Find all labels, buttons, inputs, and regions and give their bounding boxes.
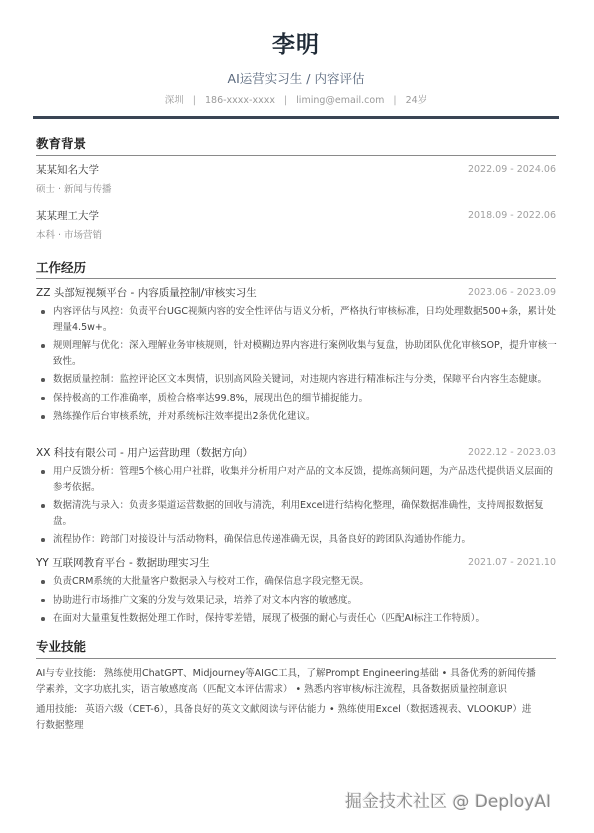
- skill-item: 通用技能:英语六级（CET-6），具备良好的英文文献阅读与评估能力 • 熟练使用…: [36, 702, 536, 734]
- list-item: 协助进行市场推广文案的分发与效果记录，培养了对文本内容的敏感度。: [53, 593, 558, 609]
- job-title: AI运营实习生 / 内容评估: [33, 70, 559, 88]
- list-item: 熟练操作后台审核系统，并对系统标注效率提出2条优化建议。: [53, 409, 558, 425]
- education-detail: 本科 · 市场营销: [36, 229, 102, 243]
- education-item: 某某知名大学 2022.09 - 2024.06: [36, 162, 556, 178]
- list-item: 流程协作：跨部门对接设计与活动物料，确保信息传递准确无误，具备良好的跨团队沟通协…: [53, 532, 558, 548]
- skill-text: 熟练使用ChatGPT、Midjourney等AIGC工具，了解Prompt E…: [36, 668, 536, 695]
- separator: |: [393, 95, 396, 106]
- experience-bullets: 内容评估与风控：负责平台UGC视频内容的安全性评估与语义分析，严格执行审核标准，…: [36, 304, 558, 428]
- list-item: 用户反馈分析：管理5个核心用户社群，收集并分析用户对产品的文本反馈，提炼高频问题…: [53, 464, 558, 495]
- separator: |: [284, 95, 287, 106]
- experience-date: 2022.12 - 2023.03: [468, 445, 556, 461]
- experience-heading: XX 科技有限公司 - 用户运营助理（数据方向） 2022.12 - 2023.…: [36, 445, 556, 461]
- list-item: 规则理解与优化：深入理解业务审核规则，针对模糊边界内容进行案例收集与复盘，协助团…: [53, 338, 558, 369]
- education-detail: 硕士 · 新闻与传播: [36, 183, 112, 197]
- experience-heading: YY 互联网教育平台 - 数据助理实习生 2021.07 - 2021.10: [36, 555, 556, 571]
- list-item: 负责CRM系统的大批量客户数据录入与校对工作，确保信息字段完整无误。: [53, 574, 558, 590]
- experience-date: 2021.07 - 2021.10: [468, 555, 556, 571]
- experience-date: 2023.06 - 2023.09: [468, 285, 556, 301]
- section-divider: [36, 155, 556, 156]
- skill-label: 通用技能:: [36, 704, 77, 715]
- education-date: 2022.09 - 2024.06: [468, 162, 556, 178]
- skill-item: AI与专业技能:熟练使用ChatGPT、Midjourney等AIGC工具，了解…: [36, 666, 536, 698]
- header-divider: [33, 116, 559, 119]
- skill-label: AI与专业技能:: [36, 668, 96, 679]
- experience-title: ZZ 头部短视频平台 - 内容质量控制/审核实习生: [36, 287, 257, 299]
- experience-bullets: 用户反馈分析：管理5个核心用户社群，收集并分析用户对产品的文本反馈，提炼高频问题…: [36, 464, 558, 551]
- list-item: 保持极高的工作准确率，质检合格率达99.8%，展现出色的细节捕捉能力。: [53, 391, 558, 407]
- section-divider: [36, 278, 556, 279]
- contact-phone: 186-xxxx-xxxx: [205, 95, 275, 106]
- list-item: 数据质量控制：监控评论区文本舆情，识别高风险关键词，对违规内容进行精准标注与分类…: [53, 372, 558, 388]
- section-title-education: 教育背景: [36, 135, 86, 153]
- contact-age: 24岁: [406, 95, 428, 106]
- list-item: 在面对大量重复性数据处理工作时，保持零差错，展现了极强的耐心与责任心（匹配AI标…: [53, 611, 558, 627]
- skills-list: AI与专业技能:熟练使用ChatGPT、Midjourney等AIGC工具，了解…: [36, 666, 536, 738]
- experience-title: YY 互联网教育平台 - 数据助理实习生: [36, 557, 210, 569]
- contact-line: 深圳|186-xxxx-xxxx|liming@email.com|24岁: [33, 93, 559, 109]
- skill-text: 英语六级（CET-6），具备良好的英文文献阅读与评估能力 • 熟练使用Excel…: [36, 704, 531, 731]
- contact-city: 深圳: [165, 95, 184, 106]
- candidate-name: 李明: [33, 30, 559, 60]
- watermark: 掘金技术社区 @ DeployAI: [345, 790, 551, 814]
- experience-title: XX 科技有限公司 - 用户运营助理（数据方向）: [36, 447, 253, 459]
- experience-heading: ZZ 头部短视频平台 - 内容质量控制/审核实习生 2023.06 - 2023…: [36, 285, 556, 301]
- section-divider: [36, 658, 556, 659]
- separator: |: [193, 95, 196, 106]
- school-name: 某某知名大学: [36, 164, 99, 176]
- experience-bullets: 负责CRM系统的大批量客户数据录入与校对工作，确保信息字段完整无误。 协助进行市…: [36, 574, 558, 630]
- list-item: 数据清洗与录入：负责多渠道运营数据的回收与清洗，利用Excel进行结构化整理，确…: [53, 498, 558, 529]
- education-item: 某某理工大学 2018.09 - 2022.06: [36, 208, 556, 224]
- list-item: 内容评估与风控：负责平台UGC视频内容的安全性评估与语义分析，严格执行审核标准，…: [53, 304, 558, 335]
- section-title-skills: 专业技能: [36, 638, 86, 656]
- contact-email[interactable]: liming@email.com: [296, 95, 384, 106]
- education-date: 2018.09 - 2022.06: [468, 208, 556, 224]
- school-name: 某某理工大学: [36, 210, 99, 222]
- section-title-experience: 工作经历: [36, 259, 86, 277]
